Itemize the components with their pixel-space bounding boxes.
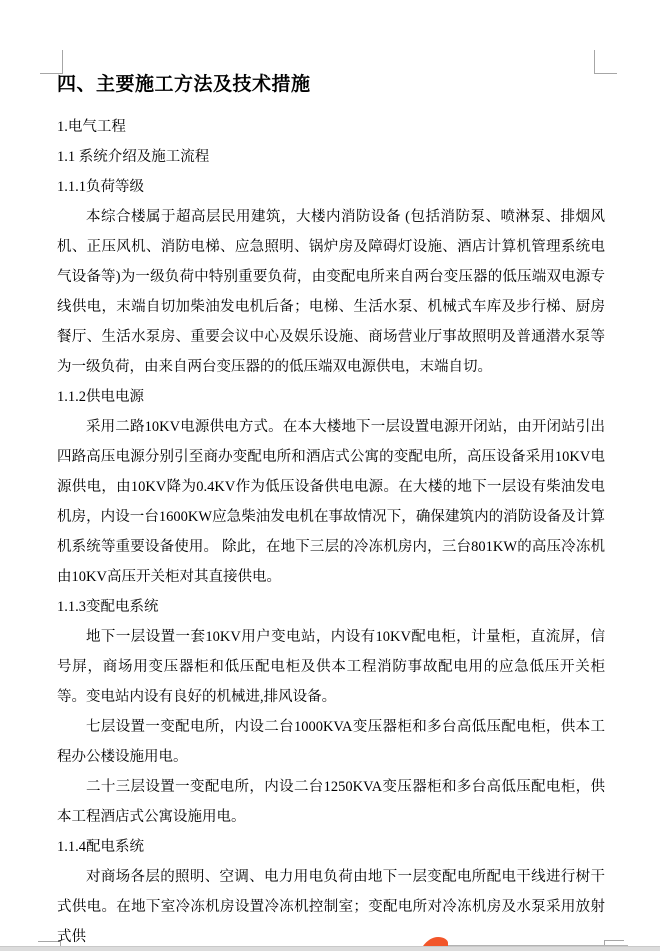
heading-electrical-works: 1.电气工程 <box>57 112 605 142</box>
heading-load-grade: 1.1.1负荷等级 <box>57 172 605 202</box>
document-page: 四、主要施工方法及技术措施 1.电气工程 1.1 系统介绍及施工流程 1.1.1… <box>0 0 660 951</box>
paragraph-distribution-system: 对商场各层的照明、空调、电力用电负荷由地下一层变配电所配电干线进行树干式供电。在… <box>57 862 605 951</box>
document-title: 四、主要施工方法及技术措施 <box>57 70 605 100</box>
orange-logo-swoosh-icon <box>423 935 449 946</box>
heading-power-source: 1.1.2供电电源 <box>57 382 605 412</box>
heading-transformer-system: 1.1.3变配电系统 <box>57 592 605 622</box>
paragraph-substation-floor7: 七层设置一变配电所，内设二台1000KVA变压器柜和多台高低压配电柜，供本工程办… <box>57 712 605 772</box>
document-body: 四、主要施工方法及技术措施 1.电气工程 1.1 系统介绍及施工流程 1.1.1… <box>57 70 605 951</box>
heading-distribution-system: 1.1.4配电系统 <box>57 832 605 862</box>
paragraph-substation-floor23: 二十三层设置一变配电所，内设二台1250KVA变压器柜和多台高低压配电柜，供本工… <box>57 772 605 832</box>
paragraph-substation-b1: 地下一层设置一套10KV用户变电站，内设有10KV配电柜，计量柜，直流屏，信号屏… <box>57 622 605 712</box>
page-bottom-edge <box>0 946 660 951</box>
heading-system-intro-flow: 1.1 系统介绍及施工流程 <box>57 142 605 172</box>
paragraph-load-grade: 本综合楼属于超高层民用建筑，大楼内消防设备 (包括消防泵、喷淋泵、排烟风机、正压… <box>57 202 605 382</box>
paragraph-power-source: 采用二路10KV电源供电方式。在本大楼地下一层设置电源开闭站，由开闭站引出四路高… <box>57 412 605 592</box>
